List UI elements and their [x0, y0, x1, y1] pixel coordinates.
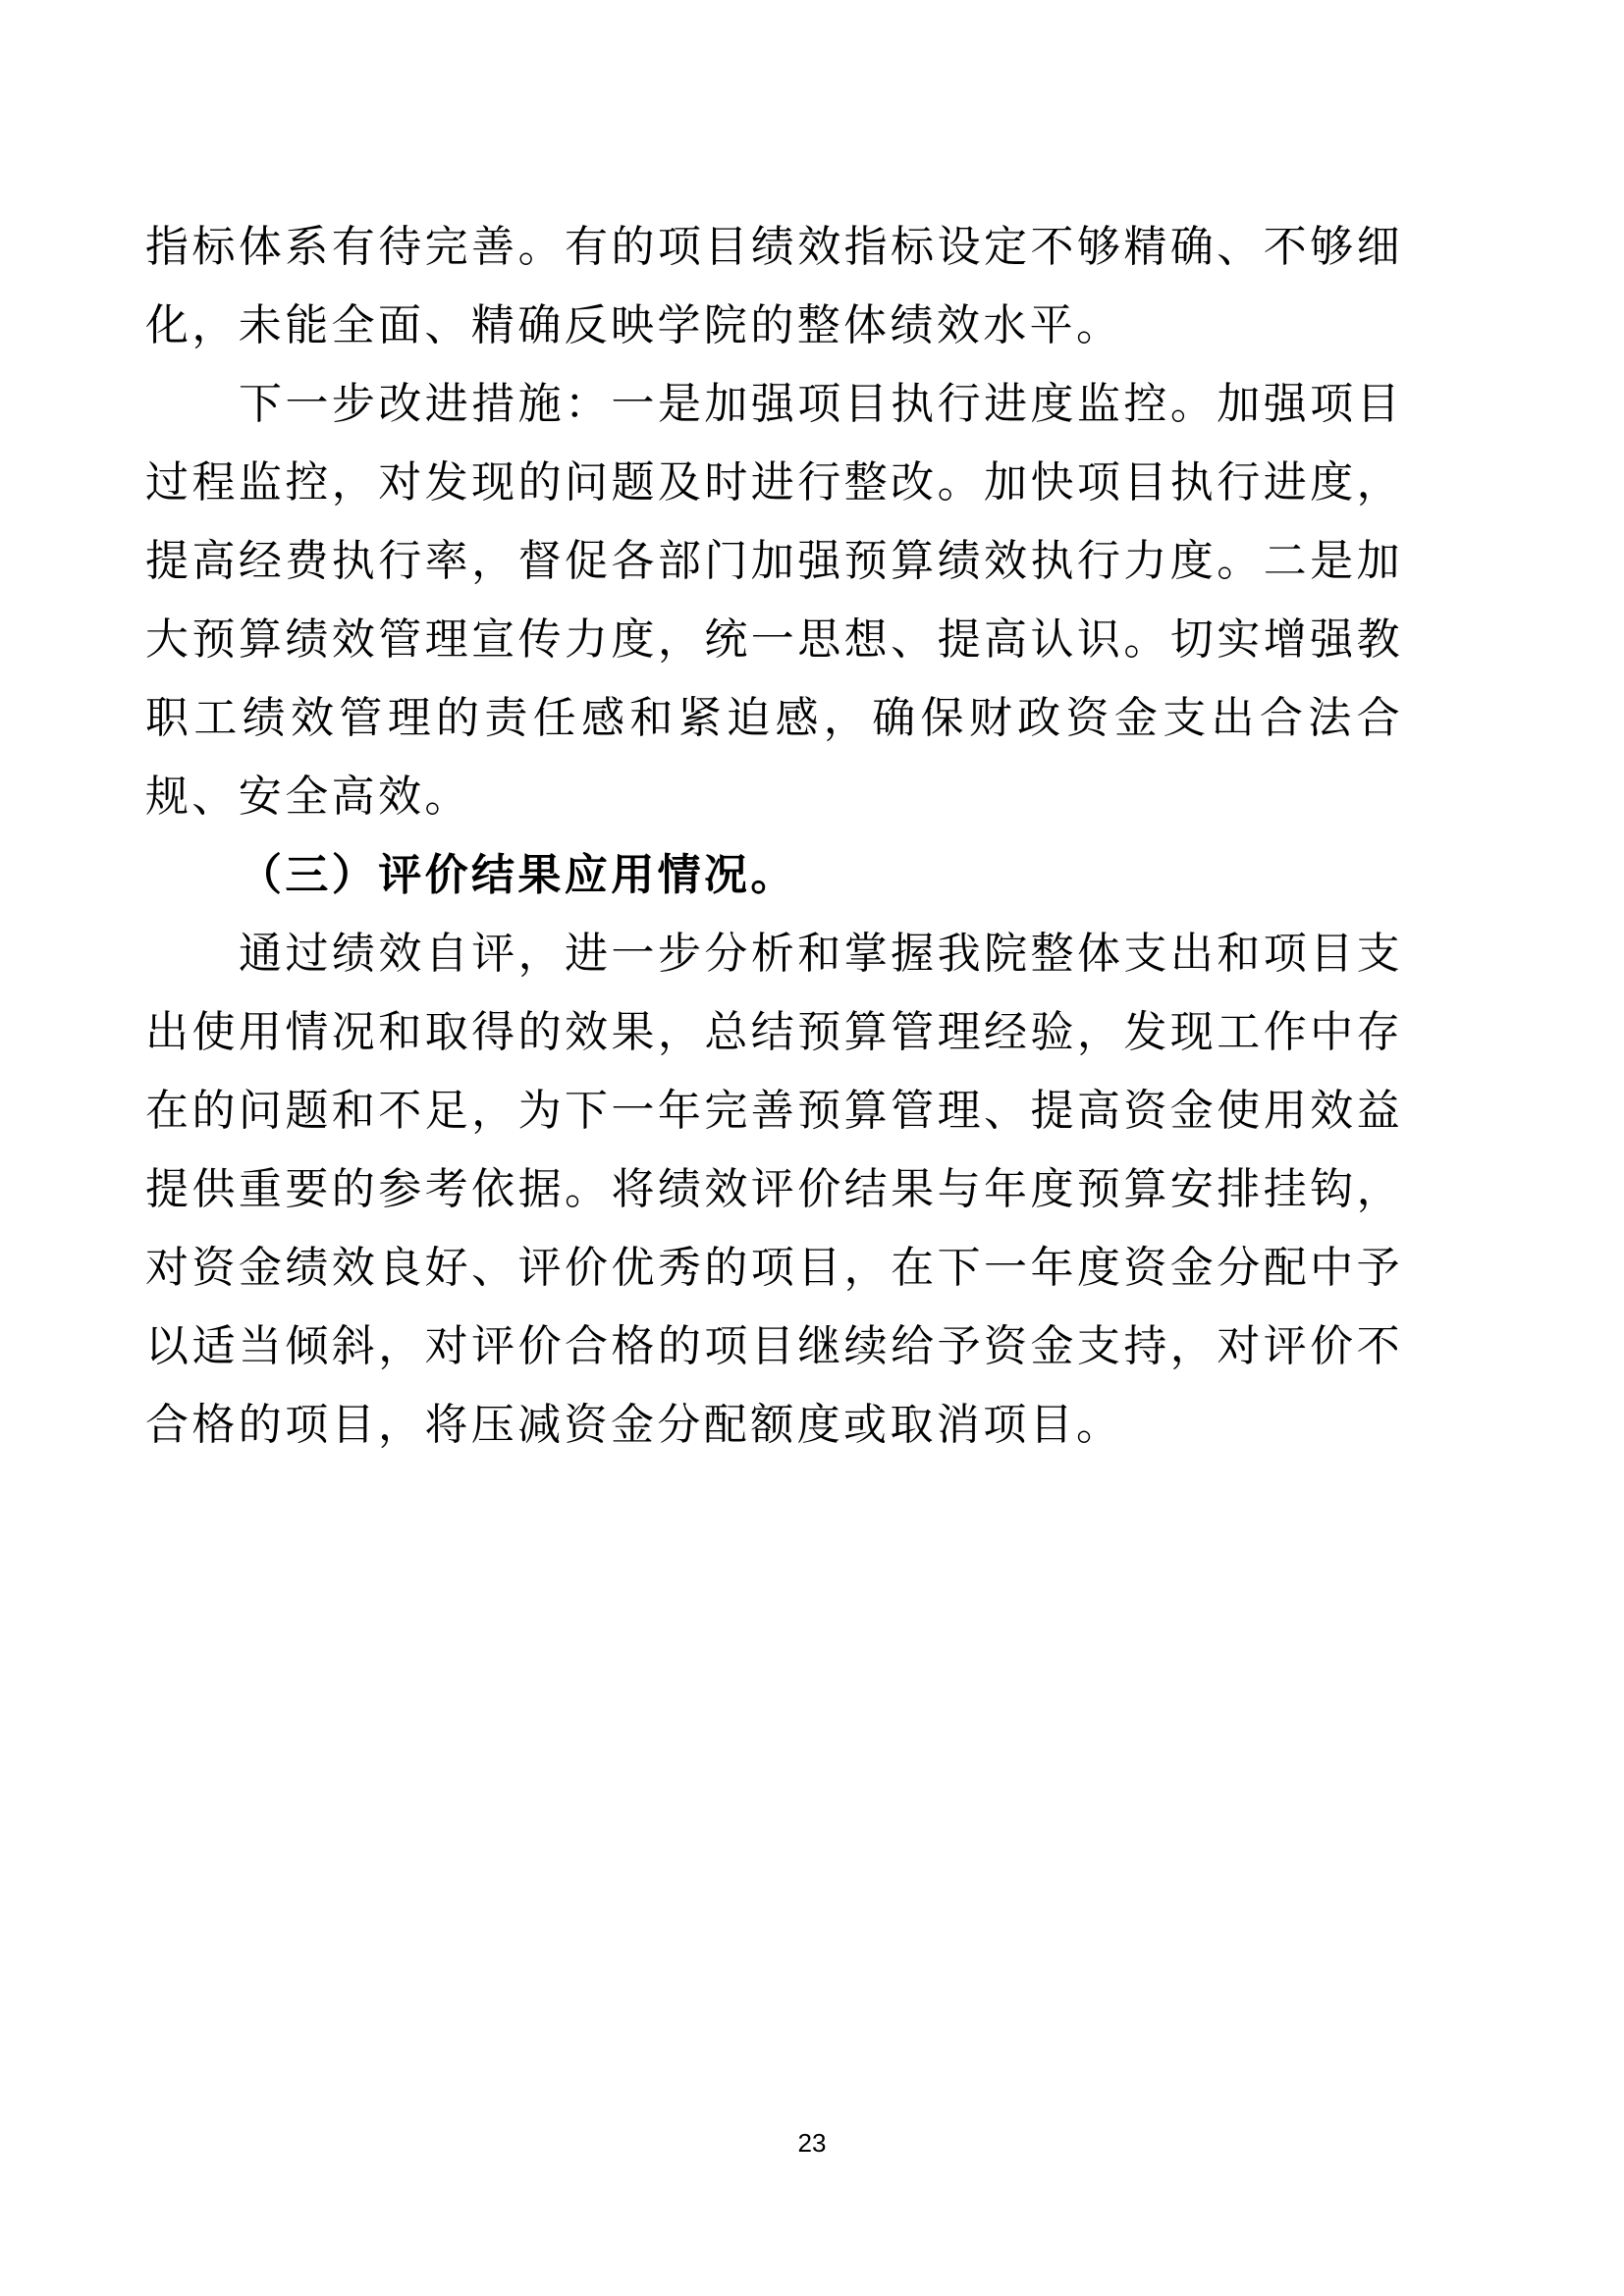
page-footer: 23: [0, 2128, 1624, 2158]
paragraph-improvement-measures: 下一步改进措施：一是加强项目执行进度监控。加强项目过程监控，对发现的问题及时进行…: [145, 365, 1403, 836]
page-number: 23: [798, 2128, 827, 2158]
section-heading-evaluation-results-application: （三）评价结果应用情况。: [145, 836, 1403, 915]
document-page: 指标体系有待完善。有的项目绩效指标设定不够精确、不够细化，未能全面、精确反映学院…: [0, 0, 1624, 2296]
paragraph-continuation: 指标体系有待完善。有的项目绩效指标设定不够精确、不够细化，未能全面、精确反映学院…: [145, 208, 1403, 365]
paragraph-evaluation-results-application: 通过绩效自评，进一步分析和掌握我院整体支出和项目支出使用情况和取得的效果，总结预…: [145, 915, 1403, 1465]
page-body-text: 指标体系有待完善。有的项目绩效指标设定不够精确、不够细化，未能全面、精确反映学院…: [145, 208, 1403, 1465]
